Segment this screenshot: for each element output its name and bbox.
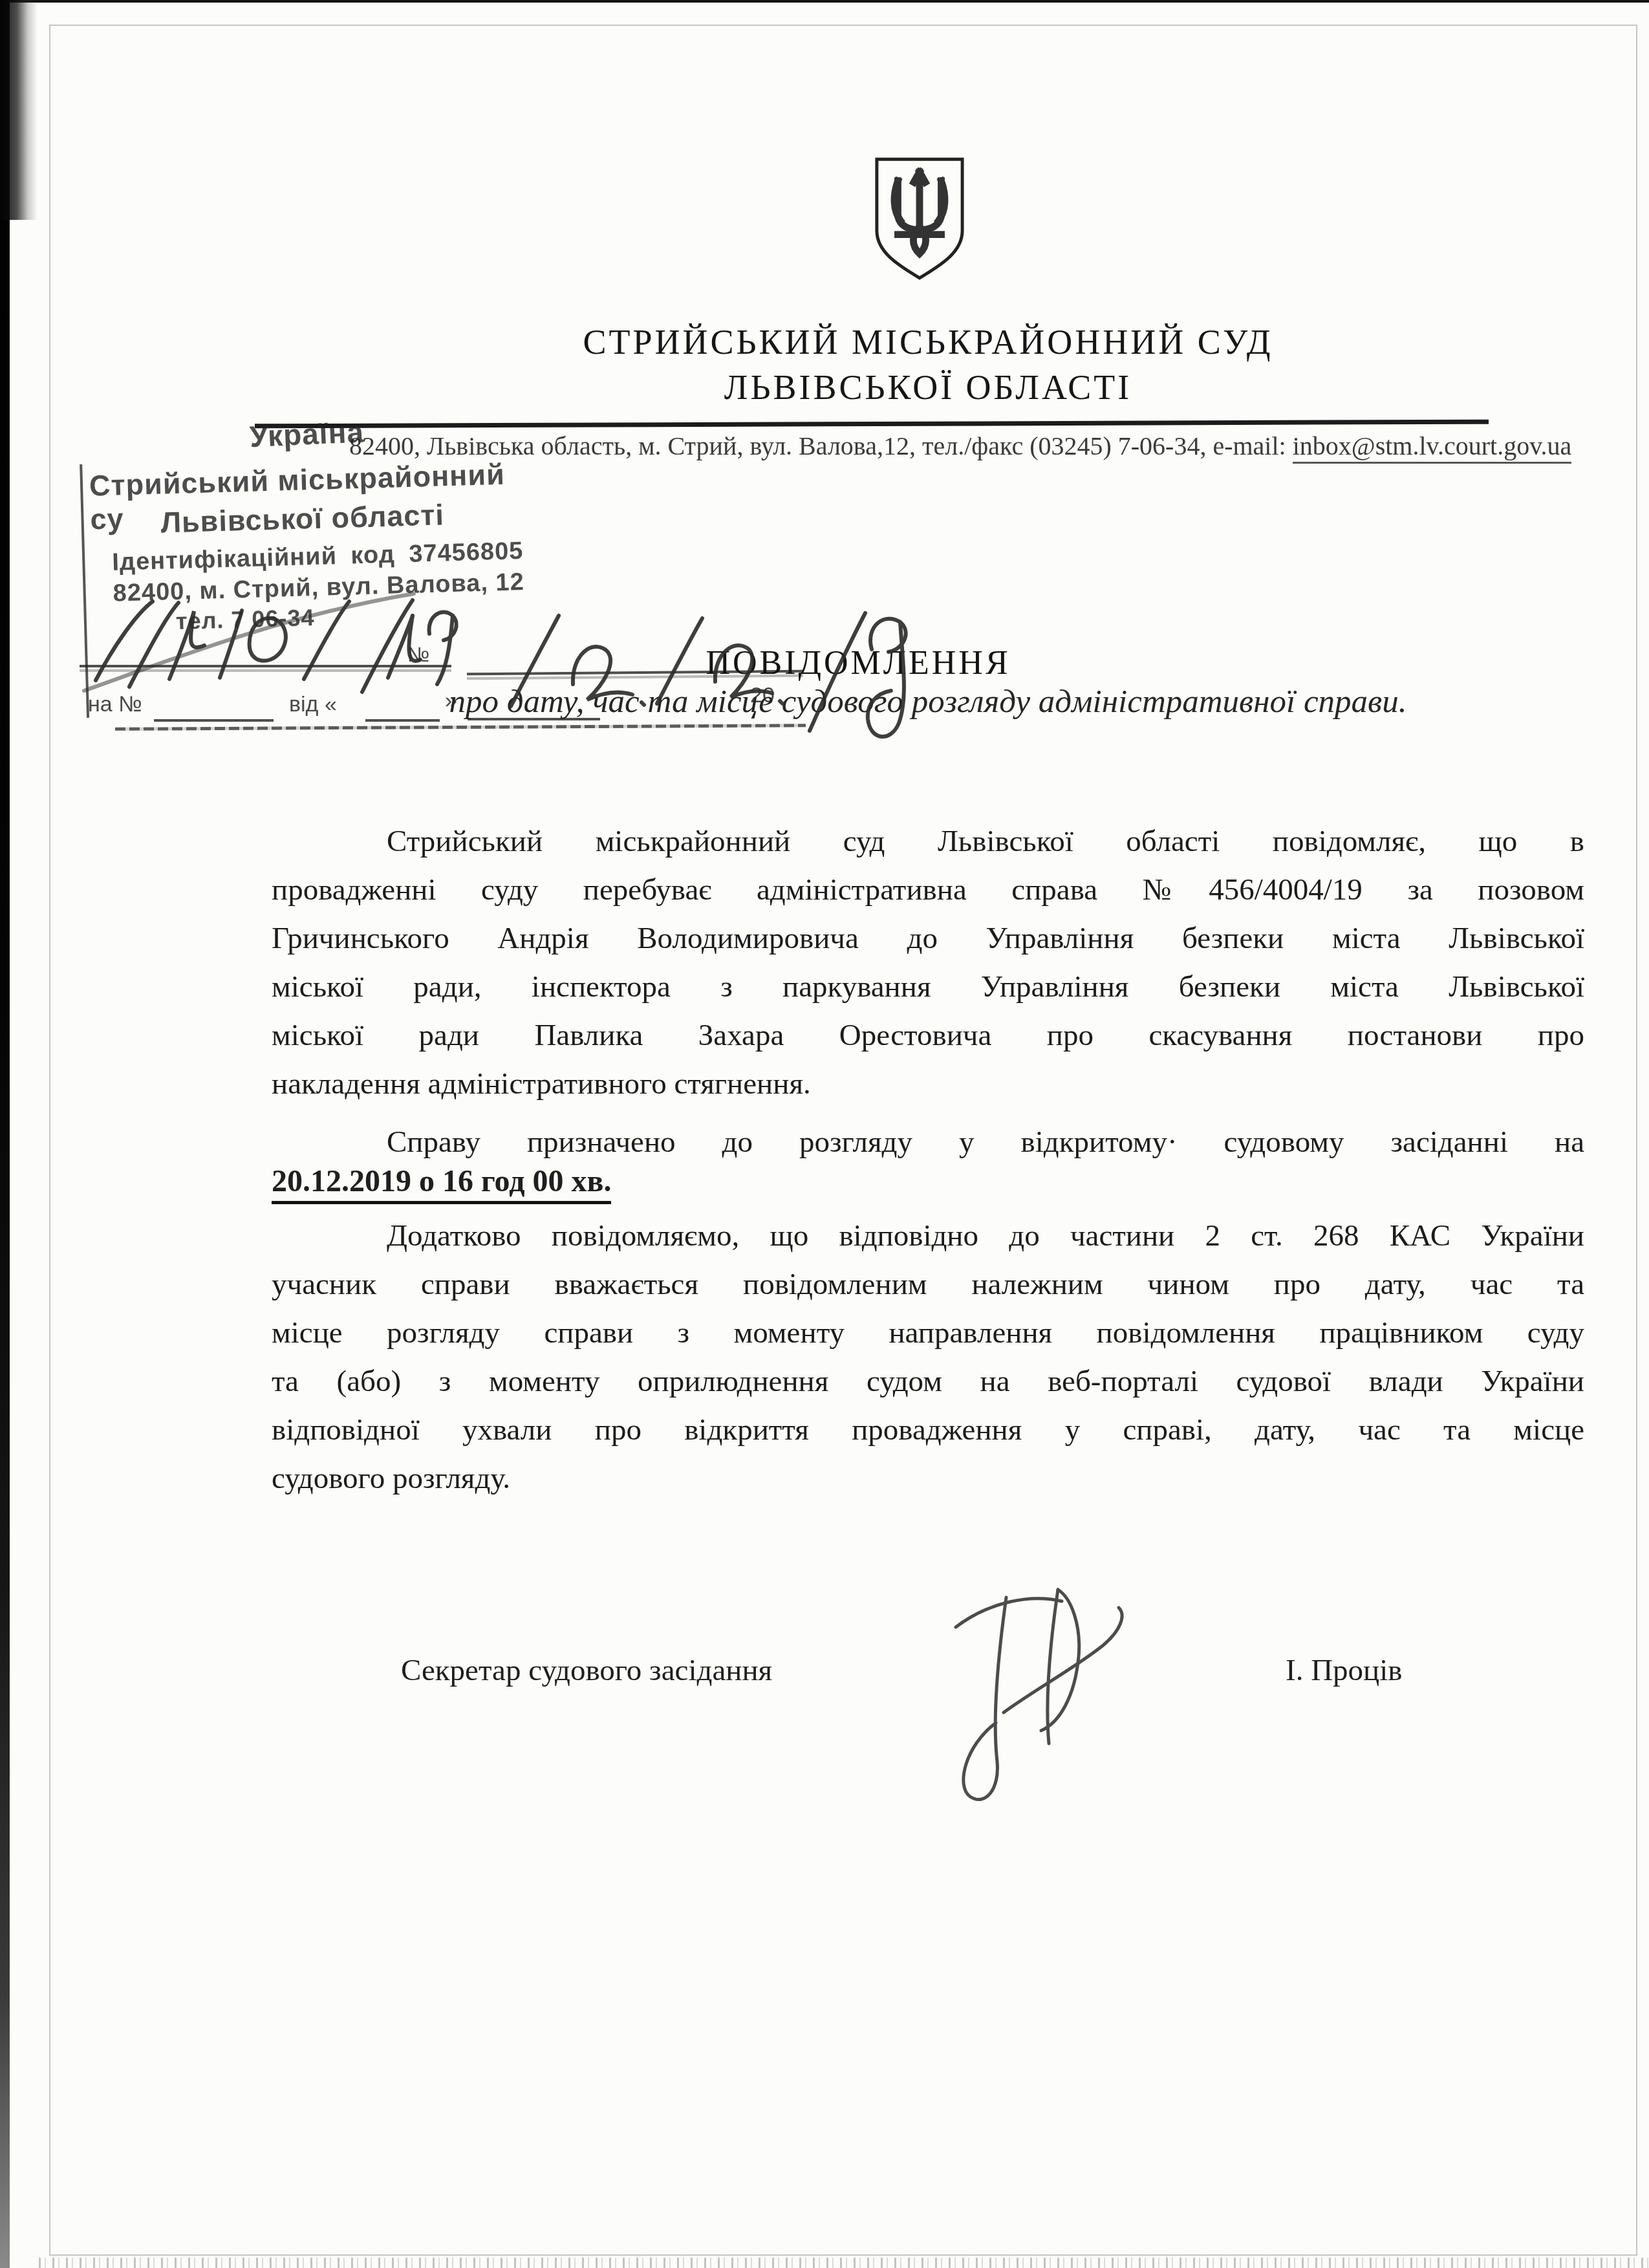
ukraine-trident-emblem-icon (872, 154, 967, 285)
na-no-label: на № (88, 692, 142, 717)
paragraph-legal-notice: Додатково повідомляємо, що відповідно до… (272, 1212, 1584, 1503)
body-line: Справу призначено до розгляду у відкрито… (272, 1118, 1584, 1167)
notice-subtitle: про дату, час та місце судового розгляду… (272, 683, 1584, 720)
court-email: inbox@stm.lv.court.gov.ua (1293, 431, 1572, 464)
stamp-country: Україна (249, 414, 365, 454)
paragraph-hearing: Справу призначено до розгляду у відкрито… (272, 1118, 1584, 1167)
hearing-date: 20.12.2019 о 16 год 00 хв. (272, 1164, 611, 1204)
court-name-line2: ЛЬВІВСЬКОЇ ОБЛАСТІ (272, 365, 1584, 410)
stamp-phone: тел. 7 06-34 (175, 604, 315, 635)
body-line: Стрийський міськрайонний суд Львівської … (272, 817, 1584, 866)
scan-edge-left-strip (0, 0, 10, 2268)
body-line: провадженні суду перебуває адміністратив… (272, 866, 1584, 914)
paragraph-case-info: Стрийський міськрайонний суд Львівської … (272, 817, 1584, 1108)
notice-title: ПОВІДОМЛЕННЯ (202, 644, 1514, 682)
body-line: Гричинського Андрія Володимировича до Уп… (272, 914, 1584, 963)
scan-bottom-noise (39, 2258, 1649, 2268)
court-name: СТРИЙСЬКИЙ МІСЬКРАЙОННИЙ СУД ЛЬВІВСЬКОЇ … (272, 319, 1584, 410)
scan-edge-left-corner (0, 0, 38, 220)
document-page: СТРИЙСЬКИЙ МІСЬКРАЙОННИЙ СУД ЛЬВІВСЬКОЇ … (0, 0, 1649, 2268)
body-line: відповідної ухвали про відкриття провадж… (272, 1406, 1584, 1454)
body-line: Додатково повідомляємо, що відповідно до… (272, 1212, 1584, 1260)
body-line: учасник справи вважається повідомленим н… (272, 1260, 1584, 1309)
body-line: судового розгляду. (272, 1454, 1584, 1503)
hearing-date-line: 20.12.2019 о 16 год 00 хв. (272, 1163, 611, 1199)
scan-edge-top (0, 0, 1649, 3)
body-line: місце розгляду справи з моменту направле… (272, 1309, 1584, 1357)
body-line: накладення адміністративного стягнення. (272, 1060, 1584, 1108)
secretary-name: І. Проців (1286, 1653, 1403, 1688)
incoming-number-blank (154, 719, 274, 722)
body-line: міської ради, інспектора з паркування Уп… (272, 963, 1584, 1011)
court-name-line1: СТРИЙСЬКИЙ МІСЬКРАЙОННИЙ СУД (272, 319, 1584, 365)
body-line: міської ради Павлика Захара Орестовича п… (272, 1011, 1584, 1060)
body-line: та (або) з моменту оприлюднення судом на… (272, 1357, 1584, 1406)
secretary-role-label: Секретар судового засідання (401, 1653, 772, 1688)
